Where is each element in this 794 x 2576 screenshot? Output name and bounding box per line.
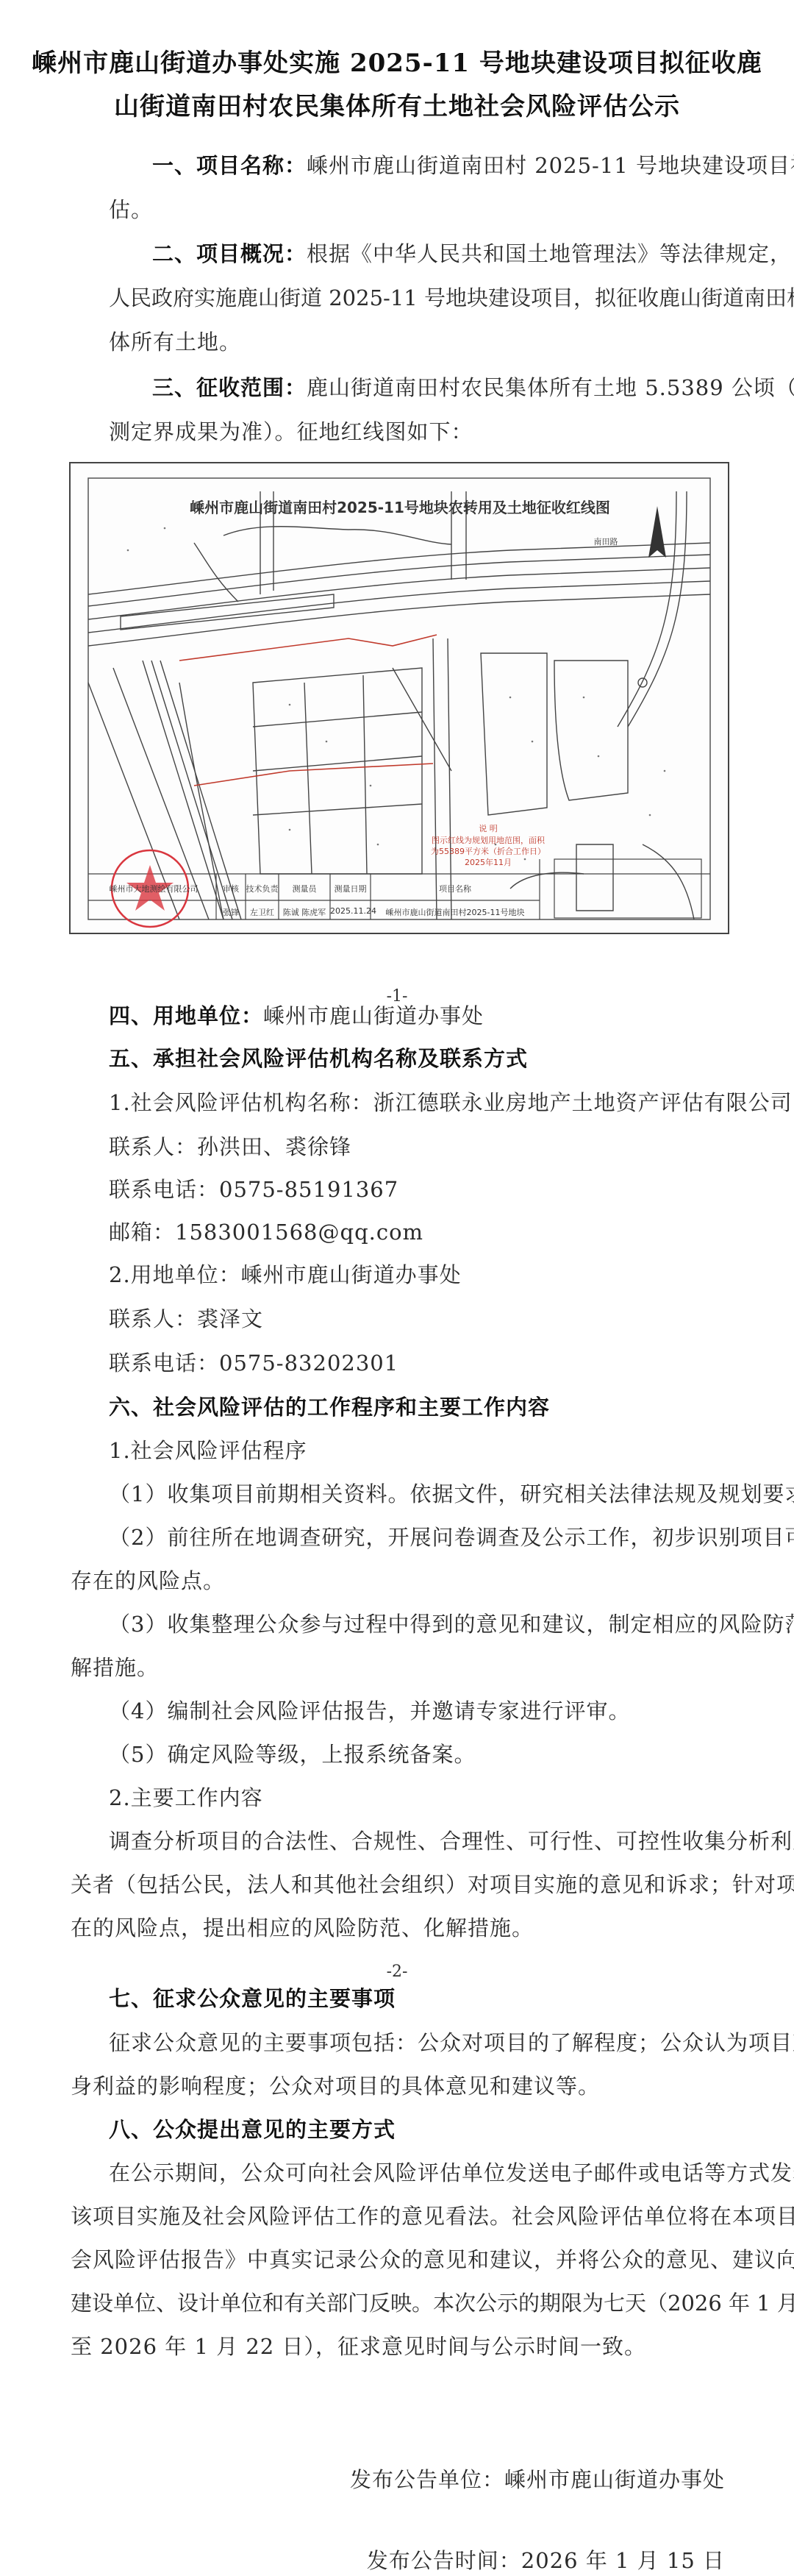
map-note-line3: 2025年11月	[437, 856, 540, 868]
section-7-line1: 征求公众意见的主要事项包括：公众对项目的了解程度；公众认为项目对自	[109, 2030, 794, 2055]
section-2-label: 二、项目概况：	[152, 241, 307, 266]
section-8-line4: 建设单位、设计单位和有关部门反映。本次公示的期限为七天（2026 年 1 月 1…	[71, 2291, 794, 2316]
tb-value-tech: 左卫红	[246, 906, 279, 918]
procedure-step-3: （3）收集整理公众参与过程中得到的意见和建议，制定相应的风险防范化	[109, 1612, 794, 1637]
land-user-contact: 联系人：裘泽文	[109, 1306, 263, 1331]
section-1-label: 一、项目名称：	[152, 153, 307, 178]
section-2-cont2: 体所有土地。	[109, 330, 241, 355]
section-8-line5: 至 2026 年 1 月 22 日），征求意见时间与公示时间一致。	[71, 2334, 646, 2359]
procedure-step-1: （1）收集项目前期相关资料。依据文件，研究相关法律法规及规划要求。	[109, 1481, 794, 1506]
section-4: 四、用地单位：嵊州市鹿山街道办事处	[109, 1003, 484, 1028]
section-8-line1: 在公示期间，公众可向社会风险评估单位发送电子邮件或电话等方式发表对	[109, 2160, 794, 2185]
section-3: 三、征收范围：鹿山街道南田村农民集体所有土地 5.5389 公顷（具体以勘	[152, 375, 794, 400]
procedure-step-5: （5）确定风险等级，上报系统备案。	[109, 1742, 476, 1767]
assessment-contact: 联系人：孙洪田、裘徐锋	[109, 1134, 351, 1159]
tb-header-date: 测量日期	[330, 883, 371, 894]
map-road-label: 南田路	[584, 536, 628, 547]
section-3-cont: 测定界成果为准）。征地红线图如下：	[109, 419, 473, 444]
section-1: 一、项目名称：嵊州市鹿山街道南田村 2025-11 号地块建设项目社会风险评	[152, 153, 794, 178]
tb-header-project: 项目名称	[371, 883, 540, 894]
tb-value-date: 2025.11.24	[330, 906, 371, 916]
work-content-line1: 调查分析项目的合法性、合规性、合理性、可行性、可控性收集分析利益相	[109, 1829, 794, 1854]
document-title-line1: 嵊州市鹿山街道办事处实施 2025-11 号地块建设项目拟征收鹿	[0, 49, 794, 78]
survey-company-stamp: 嵊州市大地测绘有限公司	[91, 883, 216, 894]
section-2-text: 根据《中华人民共和国土地管理法》等法律规定，因嵊州市	[307, 241, 794, 266]
section-7-heading: 七、征求公众意见的主要事项	[109, 1986, 396, 2011]
procedure-step-3-cont: 解措施。	[71, 1655, 159, 1680]
tb-header-reviewer: 审核	[216, 883, 246, 894]
section-3-text: 鹿山街道南田村农民集体所有土地 5.5389 公顷（具体以勘	[307, 375, 794, 400]
section-8-heading: 八、公众提出意见的主要方式	[109, 2117, 396, 2142]
map-title: 嵊州市鹿山街道南田村2025-11号地块农转用及土地征收红线图	[179, 496, 620, 517]
section-7-line2: 身利益的影响程度；公众对项目的具体意见和建议等。	[71, 2074, 600, 2099]
document-title-line2: 山街道南田村农民集体所有土地社会风险评估公示	[0, 92, 794, 121]
tb-header-surveyor: 测量员	[279, 883, 330, 894]
section-1-text: 嵊州市鹿山街道南田村 2025-11 号地块建设项目社会风险评	[307, 153, 794, 178]
section-5-heading: 五、承担社会风险评估机构名称及联系方式	[109, 1046, 528, 1071]
land-user-phone: 联系电话：0575-83202301	[109, 1351, 398, 1376]
section-4-label: 四、用地单位：	[109, 1003, 263, 1028]
work-content-subheading: 2.主要工作内容	[109, 1785, 263, 1810]
procedure-step-4: （4）编制社会风险评估报告，并邀请专家进行评审。	[109, 1698, 630, 1723]
section-6-heading: 六、社会风险评估的工作程序和主要工作内容	[109, 1395, 550, 1420]
section-8-line2: 该项目实施及社会风险评估工作的意见看法。社会风险评估单位将在本项目《社	[71, 2204, 794, 2229]
page-marker-2: -2-	[0, 1963, 794, 1981]
section-2: 二、项目概况：根据《中华人民共和国土地管理法》等法律规定，因嵊州市	[152, 241, 794, 266]
work-content-line3: 在的风险点，提出相应的风险防范、化解措施。	[71, 1915, 534, 1940]
tb-value-reviewer: 张锋	[216, 906, 246, 918]
work-content-line2: 关者（包括公民，法人和其他社会组织）对项目实施的意见和诉求；针对项目存	[71, 1872, 794, 1897]
assessment-org: 1.社会风险评估机构名称：浙江德联永业房地产土地资产评估有限公司	[109, 1090, 793, 1115]
section-3-label: 三、征收范围：	[152, 375, 307, 400]
map-note-line1: 图示红线为规划用地范围，面积	[415, 834, 562, 846]
section-8-line3: 会风险评估报告》中真实记录公众的意见和建议，并将公众的意见、建议向工程	[71, 2247, 794, 2272]
procedure-step-2-cont: 存在的风险点。	[71, 1568, 225, 1593]
assessment-email: 邮箱：1583001568@qq.com	[109, 1220, 423, 1245]
section-2-cont1: 人民政府实施鹿山街道 2025-11 号地块建设项目，拟征收鹿山街道南田村农民集	[109, 285, 794, 310]
assessment-phone: 联系电话：0575-85191367	[109, 1177, 398, 1202]
tb-header-tech: 技术负责	[246, 883, 279, 894]
tb-value-project: 嵊州市鹿山街道南田村2025-11号地块	[371, 906, 540, 918]
publish-date: 发布公告时间：2026 年 1 月 15 日	[367, 2548, 725, 2573]
map-note-heading: 说 明	[437, 822, 540, 834]
procedure-subheading: 1.社会风险评估程序	[109, 1438, 307, 1463]
section-4-value: 嵊州市鹿山街道办事处	[263, 1003, 484, 1028]
publisher: 发布公告单位：嵊州市鹿山街道办事处	[350, 2467, 725, 2492]
land-user-unit: 2.用地单位：嵊州市鹿山街道办事处	[109, 1262, 462, 1287]
tb-value-surveyor: 陈诚 陈虎军	[279, 906, 330, 918]
section-1-cont: 估。	[109, 197, 153, 222]
land-requisition-map: 嵊州市鹿山街道南田村2025-11号地块农转用及土地征收红线图 南田路 说 明 …	[69, 462, 729, 934]
map-note-line2: 为55389平方米（折合工作日）	[415, 845, 562, 857]
procedure-step-2: （2）前往所在地调查研究，开展问卷调查及公示工作，初步识别项目可能	[109, 1525, 794, 1550]
